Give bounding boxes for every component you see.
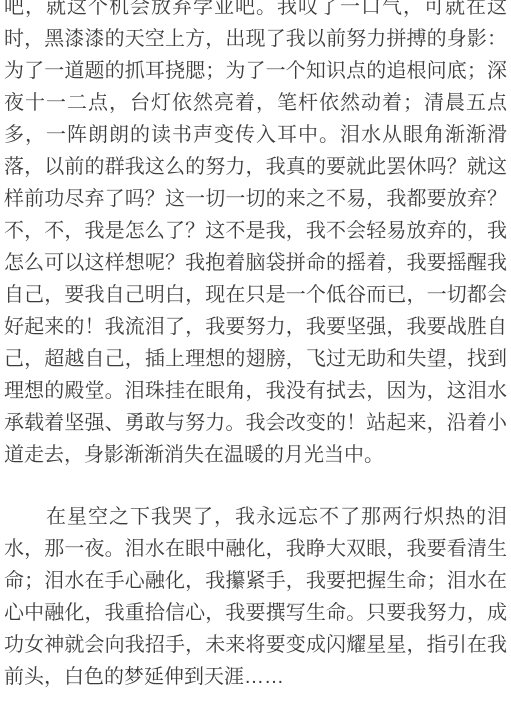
text-line: 承载着坚强、勇敢与努力。我会改变的！站起来，沿着小 xyxy=(4,407,507,439)
text-line: 怎么可以这样想呢？我抱着脑袋拼命的摇着，我要摇醒我 xyxy=(4,247,507,279)
text-line: 功女神就会向我招手，未来将要变成闪耀星星，指引在我 xyxy=(4,629,507,661)
text-line: 样前功尽弃了吗？这一切一切的来之不易，我都要放弃？ xyxy=(4,183,507,215)
text-line: 好起来的！我流泪了，我要努力，我要坚强，我要战胜自 xyxy=(4,311,507,343)
text-line: 不，不，我是怎么了？这不是我，我不会轻易放弃的，我 xyxy=(4,215,507,247)
text-line: 在星空之下我哭了，我永远忘不了那两行炽热的泪 xyxy=(4,501,507,533)
text-line: 道走去，身影渐渐消失在温暖的月光当中。 xyxy=(4,439,507,471)
text-line: 时，黑漆漆的天空上方，出现了我以前努力拼搏的身影： xyxy=(4,23,507,55)
essay-paragraph-2: 在星空之下我哭了，我永远忘不了那两行炽热的泪 水，那一夜。泪水在眼中融化，我睁大… xyxy=(4,501,507,693)
essay-document: 吧，就这个机会放弃学业吧。我叹了一口气，可就在这 时，黑漆漆的天空上方，出现了我… xyxy=(4,0,507,693)
text-line: 夜十一二点，台灯依然亮着，笔杆依然动着；清晨五点 xyxy=(4,87,507,119)
text-line: 命；泪水在手心融化，我攥紧手，我要把握生命；泪水在 xyxy=(4,565,507,597)
text-line: 吧，就这个机会放弃学业吧。我叹了一口气，可就在这 xyxy=(4,0,507,23)
text-line: 自己，要我自己明白，现在只是一个低谷而已，一切都会 xyxy=(4,279,507,311)
text-line: 落，以前的群我这么的努力，我真的要就此罢休吗？就这 xyxy=(4,151,507,183)
text-line: 理想的殿堂。泪珠挂在眼角，我没有拭去，因为，这泪水 xyxy=(4,375,507,407)
text-line: 多，一阵朗朗的读书声变传入耳中。泪水从眼角渐渐滑 xyxy=(4,119,507,151)
text-line: 己，超越自己，插上理想的翅膀，飞过无助和失望，找到 xyxy=(4,343,507,375)
text-line: 水，那一夜。泪水在眼中融化，我睁大双眼，我要看清生 xyxy=(4,533,507,565)
essay-paragraph-1: 吧，就这个机会放弃学业吧。我叹了一口气，可就在这 时，黑漆漆的天空上方，出现了我… xyxy=(4,0,507,471)
text-line: 前头，白色的梦延伸到天涯…… xyxy=(4,661,507,693)
text-line: 心中融化，我重拾信心，我要撰写生命。只要我努力，成 xyxy=(4,597,507,629)
text-line: 为了一道题的抓耳挠腮；为了一个知识点的追根问底；深 xyxy=(4,55,507,87)
